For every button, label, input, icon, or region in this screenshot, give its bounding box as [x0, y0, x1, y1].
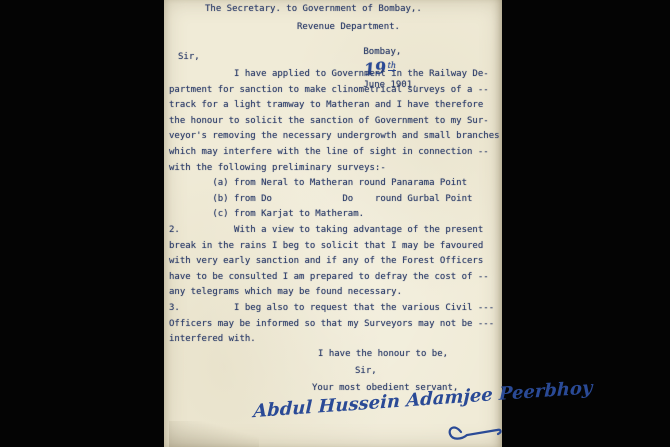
letter-body-line: with the following preliminary surveys:- [169, 161, 500, 177]
letter-body-line: 3. I beg also to request that the variou… [169, 301, 500, 317]
closing-line-1: I have the honour to be, [318, 348, 448, 361]
letter-body-line: Officers may be informed so that my Surv… [169, 317, 500, 333]
date-place: Bombay, [363, 47, 401, 57]
letter-body-line: (c) from Karjat to Matheram. [169, 207, 500, 223]
closing-line-2: Sir, [355, 365, 377, 378]
letter-body-line: with very early sanction and if any of t… [169, 254, 500, 270]
letter-body-line: partment for sanction to make clinometri… [169, 83, 500, 99]
letter-page: The Secretary. to Government of Bombay,.… [164, 0, 502, 447]
signature-flourish-icon [447, 422, 505, 444]
letter-body-line: any telegrams which may be found necessa… [169, 285, 500, 301]
salutation: Sir, [178, 51, 200, 64]
letter-body: I have applied to Government in the Rail… [169, 67, 500, 348]
dateline: Bombay, 19th June 1901. [320, 33, 418, 51]
letter-body-line: break in the rains I beg to solicit that… [169, 239, 500, 255]
photo-background: The Secretary. to Government of Bombay,.… [0, 0, 670, 447]
letter-body-line: interfered with. [169, 332, 500, 348]
letter-body-line: have to be consulted I am prepared to de… [169, 270, 500, 286]
letter-body-line: (a) from Neral to Matheran round Panaram… [169, 176, 500, 192]
paper-smudge [169, 421, 259, 447]
letter-body-line: I have applied to Government in the Rail… [169, 67, 500, 83]
letter-body-line: which may interfere with the line of sig… [169, 145, 500, 161]
letter-body-line: 2. With a view to taking advantage of th… [169, 223, 500, 239]
letter-body-line: track for a light tramway to Matheran an… [169, 98, 500, 114]
letter-body-line: the honour to solicit the sanction of Go… [169, 114, 500, 130]
recipient-line-1: The Secretary. to Government of Bombay,. [205, 3, 422, 16]
letter-body-line: (b) from Do Do round Gurbal Point [169, 192, 500, 208]
letter-content: The Secretary. to Government of Bombay,.… [169, 0, 500, 447]
letter-body-line: veyor's removing the necessary undergrow… [169, 129, 500, 145]
